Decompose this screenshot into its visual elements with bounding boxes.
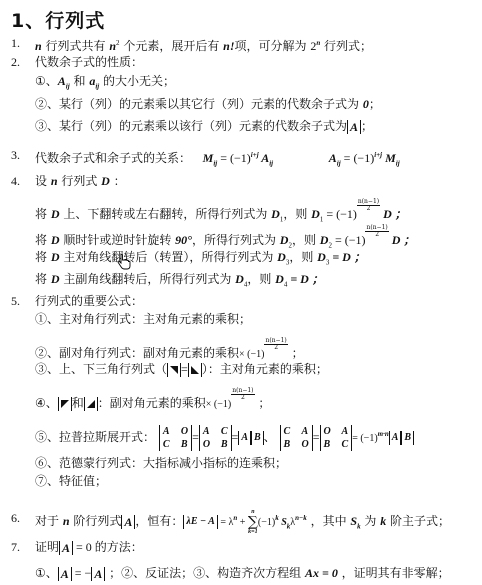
text: ；②、反证法；③、构造齐次方程组 xyxy=(105,566,305,580)
sigma-icon: ∑ xyxy=(248,516,258,528)
sub-label: ⑥、 xyxy=(35,456,59,470)
cell: B xyxy=(221,438,228,451)
sub-label: ⑤、 xyxy=(35,430,59,444)
sub-text: ①、A = −A ；②、反证法；③、构造齐次方程组 Ax = 0 ，证明其有非零… xyxy=(35,566,450,581)
math-D: D xyxy=(51,250,60,264)
cell: A xyxy=(302,425,309,438)
item-number: 2. xyxy=(11,55,20,69)
cell: A xyxy=(163,425,181,438)
math-eq: = xyxy=(192,430,199,444)
anti-upper-triangular-det xyxy=(58,397,72,411)
math-D: D xyxy=(101,174,110,188)
matrix-OABC: OA BC xyxy=(320,425,353,451)
math-D: D xyxy=(51,207,60,221)
determinant-A: A xyxy=(91,567,105,581)
denominator: 2 xyxy=(231,395,254,401)
text: ，则 xyxy=(283,207,311,221)
denominator: 2 xyxy=(365,232,388,238)
cell: A xyxy=(203,425,221,438)
text: 主副角线翻转后，所得行列式为 xyxy=(60,272,236,286)
text: 将 xyxy=(35,250,51,264)
item-number: 7. xyxy=(11,540,20,554)
text: 行列式 xyxy=(58,174,102,188)
text: ，恒有： xyxy=(135,514,183,528)
cell: C xyxy=(221,425,228,438)
fraction-exponent: n(n−1)2 xyxy=(231,388,254,401)
text: 代数余子式和余子式的关系： xyxy=(35,151,191,165)
cell: O xyxy=(181,425,188,438)
text: = 0 的方法： xyxy=(73,540,143,554)
sub-text: ⑦、特征值； xyxy=(35,474,107,488)
sub-text: ②、某行（列）的元素乘以其它行（列）元素的代数余子式为 0； xyxy=(35,97,381,111)
text: ，则 xyxy=(292,233,320,247)
item-number: 6. xyxy=(11,505,20,531)
math-plus: + xyxy=(237,517,248,528)
upper-left-triangle-icon xyxy=(61,400,69,408)
math-D: D xyxy=(275,272,284,286)
fraction-exponent: n(n−1)2 xyxy=(365,225,388,238)
page-title: 1、行列式 xyxy=(11,6,105,33)
matrix-AOCB: AO CB xyxy=(159,425,192,451)
item-number: 5. xyxy=(11,294,20,308)
matrix-CABO: CA BO xyxy=(280,425,313,451)
math-n: n xyxy=(63,514,70,528)
lower-triangular-det xyxy=(188,363,202,377)
fraction-exponent: n(n−1)2 xyxy=(357,199,380,212)
exponent: i+j xyxy=(251,151,259,159)
text: 行列式共有 xyxy=(42,39,110,53)
text: 为 xyxy=(361,514,381,528)
sub-label: ①、 xyxy=(35,566,58,580)
sub-label: ②、 xyxy=(35,346,59,360)
sub-text: ⑥、范德蒙行列式：大指标减小指标的连乘积； xyxy=(35,456,287,470)
denominator: 2 xyxy=(357,206,380,212)
sub-label: ②、 xyxy=(35,97,59,111)
sub-text: ⑤、拉普拉斯展开式： AO CB = AC OB =AB、 CA BO = OA… xyxy=(35,420,414,453)
exponent: m·n xyxy=(378,430,389,438)
determinant-B: B xyxy=(401,431,414,445)
cell: C xyxy=(163,438,181,451)
item-text: 对于 n 阶行列式A，恒有：λE − A = λn + n∑k=1(−1)k S… xyxy=(35,505,450,539)
text: 、 xyxy=(264,430,276,444)
text: 副对角行列式：副对角元素的乘积 xyxy=(59,346,239,360)
text: 阶主子式； xyxy=(386,514,450,528)
math-degree: 90° xyxy=(175,233,192,247)
text: 对于 xyxy=(35,514,63,528)
text: 主对角线翻转后（转置），所得行列式为 xyxy=(60,250,278,264)
math-M: M xyxy=(203,151,214,165)
cell: C xyxy=(284,425,302,438)
text: ，证明其有非零解； xyxy=(338,566,450,580)
text: 上、下翻转或左右翻转，所得行列式为 xyxy=(60,207,272,221)
math-eq: = − xyxy=(72,566,92,580)
math-D: D ； xyxy=(380,207,407,221)
text: 证明 xyxy=(35,540,59,554)
item-text: 证明A = 0 的方法： xyxy=(35,540,143,555)
text: 特征值； xyxy=(59,474,107,488)
text: ； xyxy=(255,396,271,410)
subscript: ij xyxy=(269,159,273,167)
lower-triangle-icon xyxy=(191,366,199,374)
sub-label: ④、 xyxy=(35,396,58,410)
text: 和 xyxy=(72,396,84,410)
math-n: n xyxy=(51,174,58,188)
exponent: i+j xyxy=(374,151,382,159)
math-A: A xyxy=(259,151,270,165)
determinant-lambdaE-A: λE − A xyxy=(183,515,217,529)
lower-right-triangle-icon xyxy=(87,400,95,408)
math-sign: = (−1) xyxy=(352,433,377,444)
fraction-exponent: n(n−1)2 xyxy=(264,338,287,351)
item-text: 设 n 行列式 D ： xyxy=(35,174,126,188)
math-n: n xyxy=(109,39,116,53)
determinant-A: A xyxy=(58,567,72,581)
math-D: D xyxy=(311,207,320,221)
sub-text: ③、某行（列）的元素乘以该行（列）元素的代数余子式为A； xyxy=(35,119,373,134)
math-term: (−1) xyxy=(258,517,275,528)
math-eq: = (−1) xyxy=(323,207,357,221)
math-eq: = D ； xyxy=(329,250,366,264)
sub-text: ①、主对角行列式：主对角元素的乘积； xyxy=(35,312,251,326)
matrix-ACOB: AC OB xyxy=(199,425,232,451)
math-A: A xyxy=(329,151,337,165)
sub-text: ③、上、下三角行列式（=）：主对角元素的乘积； xyxy=(35,362,328,377)
math-eq: = λ xyxy=(218,517,234,528)
sub-label: ①、 xyxy=(35,312,59,326)
math-eq: = (−1) xyxy=(332,233,366,247)
sub-label: ⑦、 xyxy=(35,474,59,488)
determinant-A: A xyxy=(59,541,73,555)
text: 行列式； xyxy=(320,39,372,53)
cell: O xyxy=(203,438,221,451)
subscript: ij xyxy=(396,159,400,167)
text: 阶行列式 xyxy=(70,514,122,528)
determinant-A: A xyxy=(121,515,135,529)
math-S: S xyxy=(279,517,287,528)
text: ； xyxy=(369,97,381,111)
sub-text: 将 D 上、下翻转或左右翻转，所得行列式为 D1，则 D1 = (−1)n(n−… xyxy=(35,199,407,226)
math-D: D xyxy=(51,233,60,247)
text: 将 xyxy=(35,233,51,247)
item-text: 代数余子式和余子式的关系： Mij = (−1)i+j Aij Aij = (−… xyxy=(35,148,400,170)
math-n: n xyxy=(35,39,42,53)
text: 设 xyxy=(35,174,51,188)
math-eq: = (−1) xyxy=(341,151,375,165)
math-sign: × (−1) xyxy=(239,349,264,360)
math-sign: × (−1) xyxy=(206,399,231,410)
sub-text: ①、Aij 和 aij 的大小无关； xyxy=(35,74,175,93)
text: ，则 xyxy=(247,272,275,286)
sub-label: ③、 xyxy=(35,362,59,376)
math-eq: = xyxy=(313,430,320,444)
text: 范德蒙行列式：大指标减小指标的连乘积； xyxy=(59,456,287,470)
math-M: M xyxy=(382,151,396,165)
text: 拉普拉斯展开式： xyxy=(59,430,155,444)
math-D: D xyxy=(51,272,60,286)
hand-cursor-icon xyxy=(117,254,131,270)
cell: B xyxy=(284,438,302,451)
summation: n∑k=1 xyxy=(248,508,258,536)
math-D: D xyxy=(277,250,286,264)
text: 将 xyxy=(35,272,51,286)
math-eq: = xyxy=(181,362,188,376)
determinant-B: B xyxy=(251,431,264,445)
text: 项，可分解为 xyxy=(235,39,311,53)
text: 上、下三角行列式（ xyxy=(59,362,167,376)
text: 将 xyxy=(35,207,51,221)
exponent: n−k xyxy=(295,514,307,522)
item-text: n 行列式共有 n2 个元素，展开后有 n!项，可分解为 2n 行列式； xyxy=(35,36,372,53)
text: 的大小无关； xyxy=(99,74,175,88)
determinant-A: A xyxy=(389,431,402,445)
sub-label: ①、 xyxy=(35,74,58,88)
math-eq: = (−1) xyxy=(217,151,251,165)
text: 某行（列）的元素乘以其它行（列）元素的代数余子式为 xyxy=(59,97,363,111)
math-D: D ； xyxy=(389,233,416,247)
cell: C xyxy=(342,438,349,451)
cell: O xyxy=(324,425,342,438)
math-equation: Ax = 0 xyxy=(305,566,338,580)
item-number: 3. xyxy=(11,148,20,162)
cell: B xyxy=(324,438,342,451)
item-text: 代数余子式的性质： xyxy=(35,55,143,69)
sum-lower: k=1 xyxy=(248,529,257,535)
text: 顺时针或逆时针旋转 xyxy=(60,233,176,247)
anti-lower-triangular-det xyxy=(84,397,98,411)
determinant-A: A xyxy=(347,120,361,134)
sub-text: 将 D 主副角线翻转后，所得行列式为 D4，则 D4 = D ； xyxy=(35,272,324,291)
math-eq: = xyxy=(232,430,239,444)
math-factorial: n! xyxy=(223,39,234,53)
text: 某行（列）的元素乘以该行（列）元素的代数余子式为 xyxy=(59,119,347,133)
denominator: 2 xyxy=(264,345,287,351)
text: 主对角行列式：主对角元素的乘积； xyxy=(59,312,251,326)
cell: O xyxy=(302,438,309,451)
sub-label: ③、 xyxy=(35,119,59,133)
text: 个元素，展开后有 xyxy=(120,39,224,53)
item-text: 行列式的重要公式： xyxy=(35,294,143,308)
determinant-A: A xyxy=(238,431,251,445)
text: ）：主对角元素的乘积； xyxy=(202,362,328,376)
sub-text: 将 D 顺时针或逆时针旋转 90°，所得行列式为 D2，则 D2 = (−1)n… xyxy=(35,225,415,252)
math-A: A xyxy=(58,74,66,88)
text: ，其中 xyxy=(307,514,351,528)
text: 和 xyxy=(70,74,90,88)
text: ： xyxy=(110,174,126,188)
text: ； xyxy=(288,346,304,360)
upper-triangle-icon xyxy=(170,366,178,374)
item-number: 1. xyxy=(11,36,20,50)
item-number: 4. xyxy=(11,174,20,188)
math-D: D xyxy=(235,272,244,286)
sub-text: 将 D 主对角线翻转后（转置），所得行列式为 D3，则 D3 = D ； xyxy=(35,250,366,269)
text: ，所得行列式为 xyxy=(192,233,280,247)
upper-triangular-det xyxy=(167,363,181,377)
cell: A xyxy=(342,425,349,438)
math-D: D xyxy=(271,207,280,221)
cell: B xyxy=(181,438,188,451)
sub-text: ②、副对角行列式：副对角元素的乘积× (−1)n(n−1)2 ； xyxy=(35,338,304,362)
sub-text: ④、和：副对角元素的乘积× (−1)n(n−1)2 ； xyxy=(35,388,270,412)
text: ； xyxy=(361,119,373,133)
text: ：副对角元素的乘积 xyxy=(98,396,206,410)
math-eq: = D ； xyxy=(287,272,324,286)
text: ，则 xyxy=(289,250,317,264)
math-D: D xyxy=(317,250,326,264)
